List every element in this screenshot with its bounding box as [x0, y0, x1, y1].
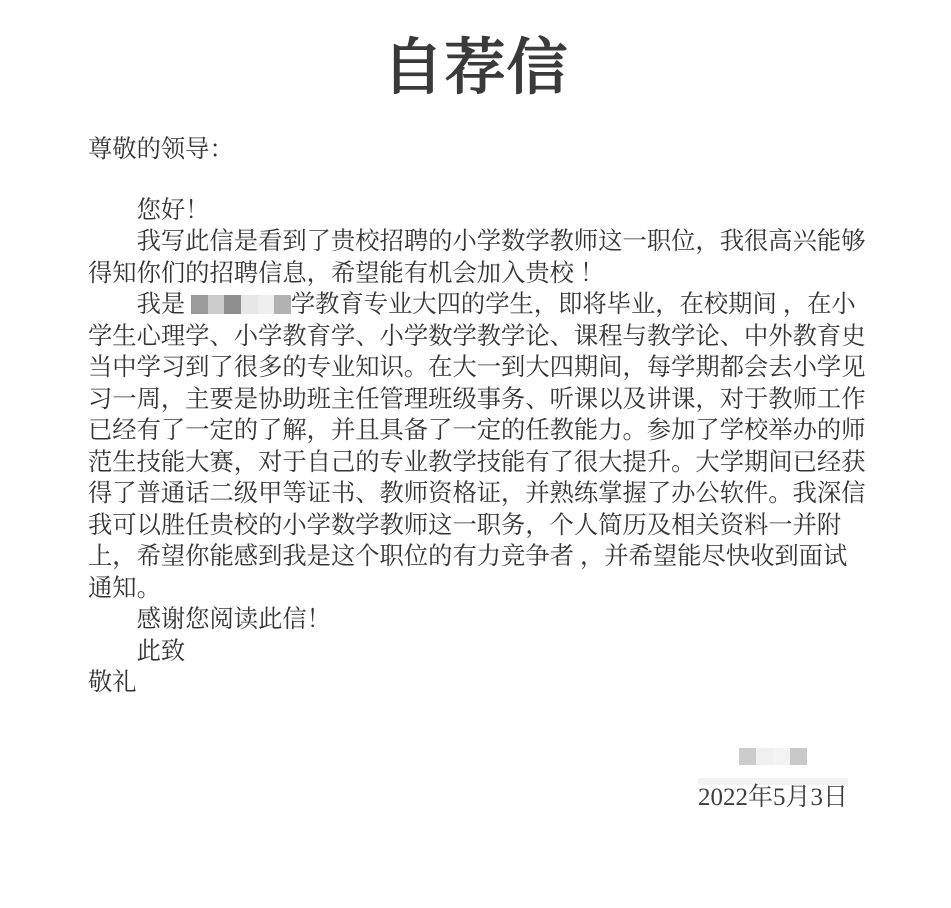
- redaction-block: [756, 748, 773, 765]
- main-paragraph-suffix: 学教育专业大四的学生，即将毕业，在校期间 ，在小学生心理学、小学教育学、小学数学…: [88, 291, 866, 602]
- redaction-block: [739, 748, 756, 765]
- main-paragraph: 我是 学教育专业大四的学生，即将毕业，在校期间 ，在小学生心理学、小学教育学、小…: [88, 289, 867, 604]
- redacted-signer-name: [739, 748, 807, 765]
- greeting-paragraph: 您好！: [88, 195, 867, 227]
- redaction-block: [191, 295, 208, 314]
- main-paragraph-prefix: 我是: [137, 291, 192, 318]
- redaction-block: [241, 295, 258, 314]
- intro-paragraph: 我写此信是看到了贵校招聘的小学数学教师这一职位，我很高兴能够得知你们的招聘信息，…: [88, 226, 867, 289]
- redaction-block: [208, 295, 225, 314]
- redaction-block: [224, 295, 241, 314]
- signature-block: 2022年5月3日: [698, 748, 848, 812]
- thanks-paragraph: 感谢您阅读此信！: [88, 604, 867, 636]
- redaction-block: [274, 295, 291, 314]
- salutation: 尊敬的领导：: [88, 134, 867, 166]
- redaction-block: [773, 748, 790, 765]
- signature-date: 2022年5月3日: [698, 784, 848, 812]
- letter-body: 尊敬的领导： 您好！ 我写此信是看到了贵校招聘的小学数学教师这一职位，我很高兴能…: [88, 134, 867, 699]
- letter-page: 自荐信 尊敬的领导： 您好！ 我写此信是看到了贵校招聘的小学数学教师这一职位，我…: [0, 0, 951, 908]
- redaction-block: [258, 295, 275, 314]
- redaction-block: [790, 748, 807, 765]
- closing-phrase: 此致: [88, 636, 867, 668]
- page-title: 自荐信: [0, 34, 951, 101]
- redacted-university-name: [191, 295, 291, 314]
- salute-word: 敬礼: [88, 667, 867, 699]
